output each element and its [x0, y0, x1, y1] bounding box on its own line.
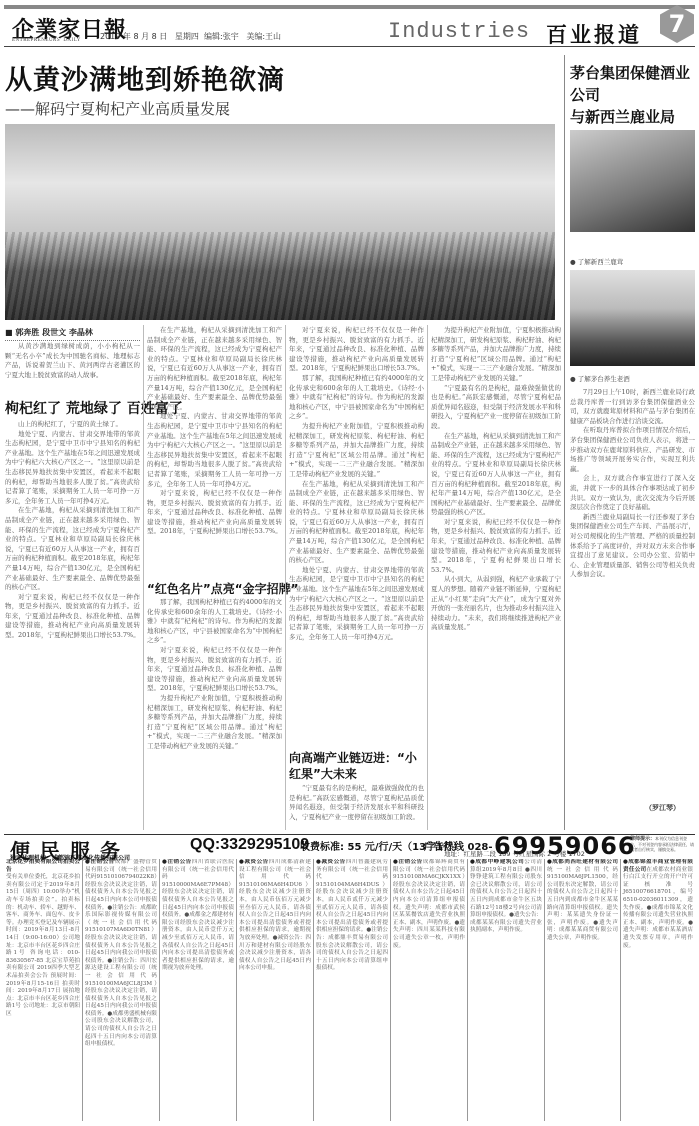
- main-subheadline: ——解码宁夏枸杞产业高质量发展: [5, 98, 230, 119]
- article-col1: 山上的枸杞红了，宁夏的黄土绿了。地处宁夏、内蒙古、甘肃交界地带的邹黄生态枸杞园，…: [5, 420, 140, 830]
- side-article-body: 7月29日上午10时，新西兰鹿业局行政总裁丹库普一行到访茅台集团保健酒业公司，双…: [570, 388, 695, 801]
- section-name-english: Industries: [388, 19, 530, 44]
- editor: 编辑:张宇: [204, 32, 239, 41]
- classified-column: ●注销公告四川省联合医院有限公司（统一社会信用代码91510000MA6E7PM…: [160, 859, 237, 1121]
- classified-column: 北京花乡拍卖有限公司拍卖公告受有关单位委托，北京花乡拍卖有限公司定于2019年8…: [4, 859, 83, 1121]
- classified-column: ●成都中峥建筑公司公司清算组2019年8月8日 ●四川铮铮建筑工程有限公司股东会…: [468, 859, 545, 1121]
- classifieds-header: 便民服务 独家代理机构：成都锦环宇文化传播有限公司 QQ:3329295109 …: [4, 834, 695, 857]
- byline: ■ 郭奔胜 段世文 李晶林: [5, 327, 140, 341]
- newspaper-logo-english: ENTREPRENEURS' DAILY: [12, 38, 81, 43]
- article-col2: 在生产基地，枸杞从采摘到清洗加工和产品制成全产业链，正在越来越多采用绿色、智能、…: [147, 326, 282, 578]
- photo2-caption: ● 了解茅台养生老酒: [570, 374, 630, 383]
- section2-title: “红色名片”点亮“金字招牌”: [147, 580, 299, 597]
- weekday: 星期四: [175, 32, 199, 41]
- masthead: 企業家日報 ENTREPRENEURS' DAILY 2019 年 8 月 8 …: [4, 9, 695, 47]
- meeting-photo: [570, 270, 695, 366]
- deer-antler-photo: [570, 130, 695, 232]
- classified-column: ●成都尚西旺建材有限公司统一社会信用代码915100MA6JPL1500，经公司…: [545, 859, 621, 1121]
- classified-column: ●减资公告四川智鑫建筑劳务有限公司（统一社会信用代码91510104MA6H4D…: [314, 859, 391, 1121]
- column-divider: [143, 325, 144, 830]
- column-divider: [427, 325, 428, 830]
- classified-column: ●注销公告成都广盛物管贸易有限公司（统一社会信用代码91510106794022…: [83, 859, 160, 1121]
- issue-date: 2019 年 8 月 8 日: [100, 32, 167, 41]
- classifieds-qq: QQ:3329295109: [190, 836, 309, 854]
- article-col4: 为提升枸杞产业附加值，宁夏积极推动枸杞精深加工，研发枸杞原浆、枸杞籽油、枸杞多糖…: [431, 326, 561, 830]
- article-col2b: 那了解，我国枸杞种植已有约4000年的文化传承史和600余年的人工栽培史。《诗经…: [147, 598, 282, 830]
- section-name-chinese: 百业报道: [546, 19, 642, 49]
- goji-field-photo: [5, 124, 555, 320]
- classified-column: ●减资公告四川成都清新建设工程有限公司（统一社会信用代码91510106MA6H…: [237, 859, 314, 1121]
- page-number-badge: 7: [660, 5, 694, 43]
- classified-column: ●注销公告成都锦辉商贸有限公司（统一社会信用代码91510108MA6CJKX1…: [391, 859, 468, 1121]
- article-col3: 对宁夏来说，枸杞已经不仅仅是一种作物，更是乡村振兴、脱贫致富的有力抓手。近年来，…: [289, 326, 424, 744]
- sidebar-divider: [564, 55, 565, 830]
- lawyer-notice: 律师提示：本刊仅为信息刊登方，不对刊登内容承担法律责任，请读者自行核实，谨慎交易…: [630, 836, 694, 852]
- column-divider: [285, 325, 286, 830]
- photo1-caption: ● 了解新西兰鹿茸: [570, 257, 623, 266]
- dateline: 2019 年 8 月 8 日 星期四 编辑:张宇 美编:王山: [100, 31, 281, 42]
- classified-column: ●成都锦盈丰商业管理有限责任公司在成都农村商业银行白江支行开立的开户许可证核准号…: [621, 859, 695, 1121]
- classifieds-address: 地址：红星路二段 159 号红星国际 2 号楼 1702: [444, 849, 585, 858]
- article-col3b: “宁夏最有名的是枸杞，最难做强做优的也是枸杞。”高跃宏感慨道，尽管宁夏枸杞品质优…: [289, 784, 424, 830]
- main-headline: 从黄沙满地到娇艳欲滴: [5, 58, 285, 97]
- article-lead: 从黄沙满地到绿树成荫，小小枸杞从一颗“无名小卒”成长为中国驰名商标、地理标志产品…: [5, 342, 140, 392]
- side-article-author: （罗江琴）: [645, 803, 680, 813]
- designer: 美编:王山: [246, 32, 281, 41]
- section3-title: 向高端产业链迈进：“小红果”大未来: [289, 750, 424, 782]
